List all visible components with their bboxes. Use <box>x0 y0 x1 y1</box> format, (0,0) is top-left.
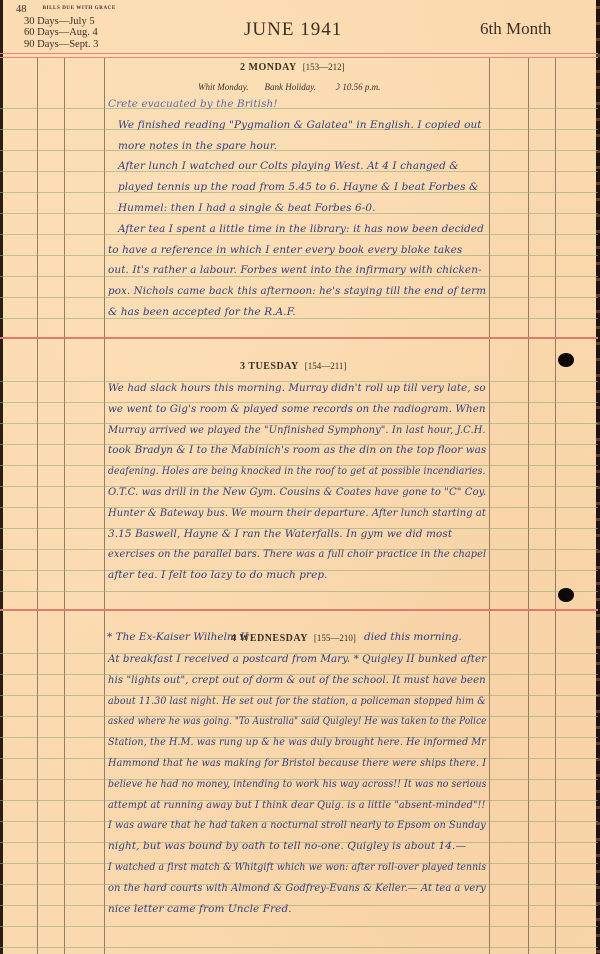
entry-line: asked where he was going. "To Australia"… <box>108 711 429 732</box>
day-separator-rule <box>0 337 598 339</box>
holiday-note: Whit Monday. <box>198 82 249 92</box>
entry-line: O.T.C. was drill in the New Gym. Cousins… <box>108 482 471 503</box>
diary-entry-wednesday: At breakfast I received a postcard from … <box>108 649 488 919</box>
day-notes-monday: Whit Monday.Bank Holiday.☽ 10.56 p.m. <box>198 82 396 93</box>
day-heading-label: 4 WEDNESDAY <box>231 633 308 644</box>
entry-line: to have a reference in which I enter eve… <box>108 240 486 261</box>
entry-line: Hammond that he was making for Bristol b… <box>108 753 459 774</box>
entry-line: on the hard courts with Almond & Godfrey… <box>108 878 465 899</box>
day-range: [154—211] <box>305 361 347 371</box>
punch-hole <box>558 353 574 367</box>
entry-line: nice letter came from Uncle Fred. <box>108 899 486 920</box>
day-heading-wednesday: 4 WEDNESDAY[155—210] <box>231 633 356 644</box>
entry-line: night, but was bound by oath to tell no-… <box>108 836 486 857</box>
month-subtitle: 6th Month <box>480 19 551 39</box>
entry-line: After tea I spent a little time in the l… <box>108 219 486 240</box>
bills-due-row: 30 Days—July 5 <box>16 16 116 28</box>
bills-due-row: 60 Days—Aug. 4 <box>16 27 116 39</box>
page-number: 48 <box>16 4 30 16</box>
diary-page: 48 BILLS DUE WITH GRACE 30 Days—July 5 6… <box>0 0 600 954</box>
ruled-line <box>0 591 598 592</box>
entry-line: out. It's rather a labour. Forbes went i… <box>108 260 486 281</box>
diary-entry-tuesday: We had slack hours this morning. Murray … <box>108 378 488 586</box>
entry-line: We had slack hours this morning. Murray … <box>108 378 479 399</box>
entry-line: I was aware that he had taken a nocturna… <box>108 815 455 836</box>
page-torn-edge <box>596 0 600 954</box>
ruled-line <box>0 926 598 927</box>
entry-line: more notes in the spare hour. <box>108 136 486 157</box>
entry-line: Station, the H.M. was rung up & he was d… <box>108 732 455 753</box>
header-rule <box>0 53 598 54</box>
entry-line: Hunter & Bateway bus. We mourn their dep… <box>108 503 466 524</box>
entry-line: At breakfast I received a postcard from … <box>108 649 480 670</box>
entry-line: Crete evacuated by the British! <box>108 94 486 115</box>
holiday-note: Bank Holiday. <box>265 82 317 92</box>
entry-line: We finished reading "Pygmalion & Galatea… <box>108 115 486 136</box>
day-heading-label: 2 MONDAY <box>240 62 297 73</box>
entry-line: played tennis up the road from 5.45 to 6… <box>108 177 486 198</box>
bills-due-caption: BILLS DUE WITH GRACE <box>43 6 116 11</box>
entry-line: 3.15 Baswell, Hayne & I ran the Waterfal… <box>108 524 486 545</box>
entry-line: we went to Gig's room & played some reco… <box>108 399 480 420</box>
entry-line: after tea. I felt too lazy to do much pr… <box>108 565 486 586</box>
moon-phase-note: ☽ 10.56 p.m. <box>332 82 380 92</box>
day-range: [155—210] <box>314 633 356 643</box>
entry-line: Murray arrived we played the "Unfinished… <box>108 420 466 441</box>
entry-line: believe he had no money, intending to wo… <box>108 774 448 795</box>
entry-line: Hummel: then I had a single & beat Forbe… <box>108 198 486 219</box>
entry-line: deafening. Holes are being knocked in th… <box>108 461 445 482</box>
entry-line: After lunch I watched our Colts playing … <box>108 156 486 177</box>
entry-margin-note: * The Ex-Kaiser Wilhelm II <box>107 631 249 643</box>
day-heading-monday: 2 MONDAY[153—212] <box>240 62 345 73</box>
diary-entry-monday: Crete evacuated by the British! We finis… <box>108 94 488 323</box>
day-range: [153—212] <box>303 62 345 72</box>
entry-line: pox. Nichols came back this afternoon: h… <box>108 281 481 302</box>
bills-due-block: 48 BILLS DUE WITH GRACE 30 Days—July 5 6… <box>16 3 116 50</box>
day-heading-label: 3 TUESDAY <box>240 361 299 372</box>
entry-line: his "lights out", crept out of dorm & ou… <box>108 670 472 691</box>
entry-line: I watched a first match & Whitgift which… <box>108 857 446 878</box>
ruled-line <box>0 947 598 948</box>
month-title: JUNE 1941 <box>244 19 342 41</box>
day-separator-rule <box>0 609 598 611</box>
header-rule <box>0 57 598 58</box>
page-left-edge <box>0 0 3 954</box>
entry-line: about 11.30 last night. He set out for t… <box>108 691 451 712</box>
entry-line: took Bradyn & I to the Mabinich's room a… <box>108 440 482 461</box>
entry-line: attempt at running away but I think dear… <box>108 795 459 816</box>
entry-margin-note: died this morning. <box>364 631 462 643</box>
punch-hole <box>558 588 574 602</box>
entry-line: exercises on the parallel bars. There wa… <box>108 544 461 565</box>
bills-due-row: 90 Days—Sept. 3 <box>16 39 116 51</box>
day-heading-tuesday: 3 TUESDAY[154—211] <box>240 361 346 372</box>
entry-line: & has been accepted for the R.A.F. <box>108 302 486 323</box>
